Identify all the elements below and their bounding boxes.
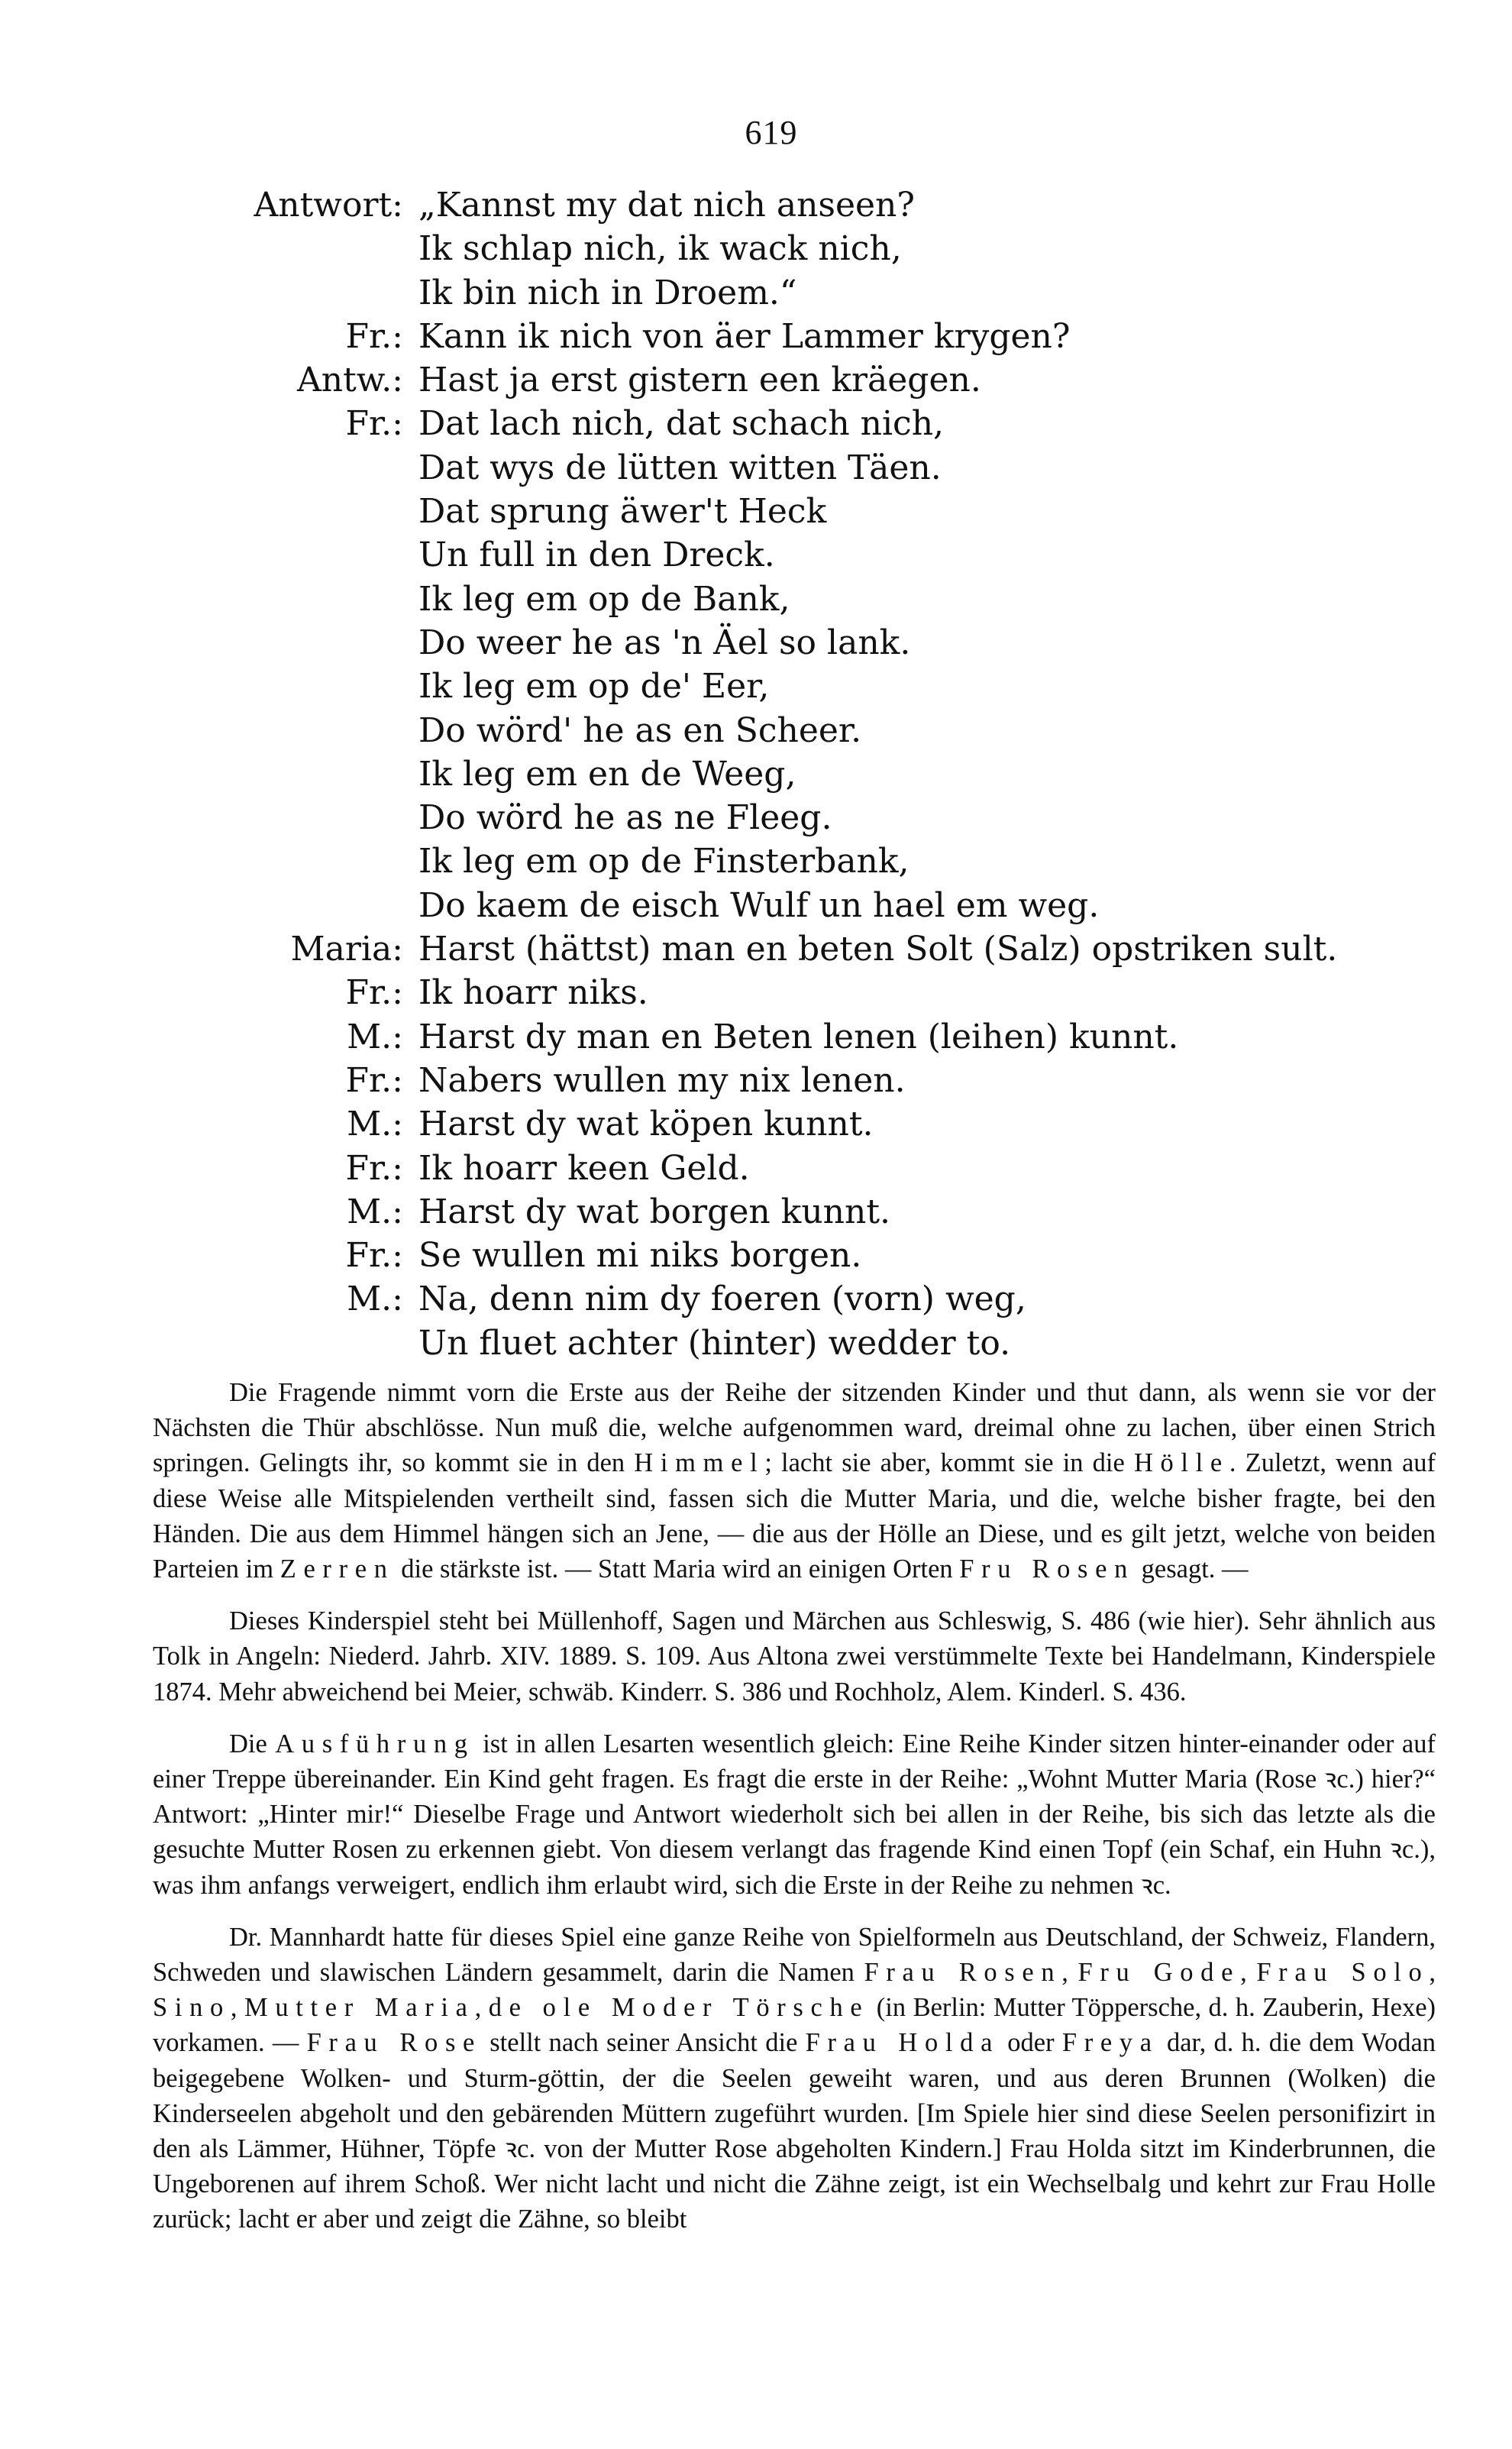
verse-line: Fr.:Kann ik nich von äer Lammer krygen? <box>0 315 1512 358</box>
emphasized-term: Freya <box>1062 2028 1159 2057</box>
verse-text: Hast ja erst gistern een kräegen. <box>418 358 981 402</box>
verse-text: Do wörd' he as en Scheer. <box>418 709 861 752</box>
emphasized-term: Frau Holda <box>806 2028 1000 2057</box>
text-run: stellt nach seiner Ansicht die <box>482 2028 806 2057</box>
verse-line: Antwort:„Kannst my dat nich anseen? <box>0 183 1512 227</box>
verse-line: M.:Harst dy man en Beten lenen (leihen) … <box>0 1015 1512 1059</box>
emphasized-term: Fru Rosen <box>959 1554 1135 1584</box>
verse-line: Do kaem de eisch Wulf un hael em weg. <box>0 884 1512 927</box>
verse-line: Ik bin nich in Droem.“ <box>0 271 1512 315</box>
verse-line: Ik leg em op de' Eer, <box>0 665 1512 708</box>
prose-body: Die Fragende nimmt vorn die Erste aus de… <box>153 1375 1436 2254</box>
verse-line: Fr.:Se wullen mi niks borgen. <box>0 1234 1512 1277</box>
emphasized-term: Himmel <box>634 1448 764 1477</box>
verse-text: Ik schlap nich, ik wack nich, <box>418 227 902 270</box>
text-run: die stärkste ist. — Statt Maria wird an … <box>395 1554 960 1584</box>
text-run: Dieses Kinderspiel steht bei Müllenhoff,… <box>153 1606 1436 1706</box>
paragraph: Die Fragende nimmt vorn die Erste aus de… <box>153 1375 1436 1587</box>
verse-text: Kann ik nich von äer Lammer krygen? <box>418 315 1070 358</box>
verse-line: Ik schlap nich, ik wack nich, <box>0 227 1512 270</box>
speaker-label: Fr.: <box>0 402 418 445</box>
verse-line: Fr.:Dat lach nich, dat schach nich, <box>0 402 1512 445</box>
text-run: , <box>475 1993 489 2022</box>
emphasized-term: Frau Rose <box>307 2028 482 2057</box>
verse-line: M.:Na, denn nim dy foeren (vorn) weg, <box>0 1277 1512 1321</box>
speaker-label: Antw.: <box>0 358 418 402</box>
verse-text: Harst dy wat köpen kunnt. <box>418 1102 873 1146</box>
verse-line: Do wörd' he as en Scheer. <box>0 709 1512 752</box>
speaker-label: Fr.: <box>0 315 418 358</box>
verse-line: Antw.:Hast ja erst gistern een kräegen. <box>0 358 1512 402</box>
verse-text: Ik bin nich in Droem.“ <box>418 271 796 315</box>
verse-line: Un full in den Dreck. <box>0 533 1512 577</box>
verse-line: Maria:Harst (hättst) man en beten Solt (… <box>0 927 1512 971</box>
verse-text: Ik leg em op de' Eer, <box>418 665 769 708</box>
verse-line: Ik leg em op de Finsterbank, <box>0 840 1512 883</box>
verse-text: Do kaem de eisch Wulf un hael em weg. <box>418 884 1099 927</box>
verse-text: Ik hoarr keen Geld. <box>418 1147 750 1190</box>
verse-text: Ik leg em op de Finsterbank, <box>418 840 909 883</box>
text-run: , <box>1240 1958 1256 1987</box>
emphasized-term: Fru Gode <box>1078 1958 1241 1987</box>
text-run: , <box>231 1993 244 2022</box>
verse-line: Un fluet achter (hinter) wedder to. <box>0 1322 1512 1365</box>
emphasized-term: de ole Moder Törsche <box>489 1993 870 2022</box>
verse-text: Dat wys de lütten witten Täen. <box>418 446 942 490</box>
verse-text: Harst dy wat borgen kunnt. <box>418 1190 890 1234</box>
speaker-label: Fr.: <box>0 1234 418 1277</box>
verse-text: Harst dy man en Beten lenen (leihen) kun… <box>418 1015 1178 1059</box>
text-run: Die <box>229 1729 275 1758</box>
speaker-label: M.: <box>0 1190 418 1234</box>
emphasized-term: Zerren <box>280 1554 395 1584</box>
emphasized-term: Mutter Maria <box>244 1993 475 2022</box>
verse-text: Nabers wullen my nix lenen. <box>418 1059 906 1102</box>
speaker-label: Fr.: <box>0 971 418 1014</box>
verse-text: Se wullen mi niks borgen. <box>418 1234 861 1277</box>
text-run: ; lacht sie aber, kommt sie in die <box>764 1448 1134 1477</box>
verse-line: M.:Harst dy wat borgen kunnt. <box>0 1190 1512 1234</box>
page-number: 619 <box>0 113 1512 152</box>
verse-line: Do weer he as 'n Äel so lank. <box>0 621 1512 665</box>
verse-text: Un full in den Dreck. <box>418 533 775 577</box>
text-run: oder <box>1000 2028 1062 2057</box>
emphasized-term: Hölle <box>1134 1448 1229 1477</box>
verse-line: Fr.:Ik hoarr keen Geld. <box>0 1147 1512 1190</box>
speaker-label: Fr.: <box>0 1059 418 1102</box>
emphasized-term: Frau Rosen <box>864 1958 1062 1987</box>
emphasized-term: Frau Solo <box>1256 1958 1429 1987</box>
speaker-label: Maria: <box>0 927 418 971</box>
text-run: gesagt. — <box>1135 1554 1249 1584</box>
verse-text: Dat sprung äwer't Heck <box>418 490 826 533</box>
verse-text: Do weer he as 'n Äel so lank. <box>418 621 910 665</box>
paragraph: Die Ausführung ist in allen Lesarten wes… <box>153 1726 1436 1903</box>
verse-line: Fr.:Nabers wullen my nix lenen. <box>0 1059 1512 1102</box>
speaker-label: M.: <box>0 1102 418 1146</box>
verse-line: Ik leg em en de Weeg, <box>0 752 1512 796</box>
verse-text: Ik leg em op de Bank, <box>418 577 790 621</box>
paragraph: Dr. Mannhardt hatte für dieses Spiel ein… <box>153 1920 1436 2237</box>
verse-text: Harst (hättst) man en beten Solt (Salz) … <box>418 927 1337 971</box>
verse-text: Dat lach nich, dat schach nich, <box>418 402 944 445</box>
paragraph: Dieses Kinderspiel steht bei Müllenhoff,… <box>153 1603 1436 1710</box>
emphasized-term: Sino <box>153 1993 231 2022</box>
text-run: , <box>1061 1958 1077 1987</box>
dialogue-verse: Antwort:„Kannst my dat nich anseen?Ik sc… <box>0 183 1512 1365</box>
text-run: dar, d. h. die dem Wodan beigegebene Wol… <box>153 2028 1436 2234</box>
verse-text: „Kannst my dat nich anseen? <box>418 183 915 227</box>
verse-text: Ik leg em en de Weeg, <box>418 752 796 796</box>
speaker-label: Fr.: <box>0 1147 418 1190</box>
verse-line: M.:Harst dy wat köpen kunnt. <box>0 1102 1512 1146</box>
speaker-label: M.: <box>0 1015 418 1059</box>
verse-line: Do wörd he as ne Fleeg. <box>0 796 1512 840</box>
emphasized-term: Ausführung <box>275 1729 474 1758</box>
verse-text: Un fluet achter (hinter) wedder to. <box>418 1322 1010 1365</box>
verse-line: Ik leg em op de Bank, <box>0 577 1512 621</box>
verse-line: Fr.:Ik hoarr niks. <box>0 971 1512 1014</box>
verse-text: Ik hoarr niks. <box>418 971 648 1014</box>
verse-line: Dat sprung äwer't Heck <box>0 490 1512 533</box>
speaker-label: M.: <box>0 1277 418 1321</box>
speaker-label: Antwort: <box>0 183 418 227</box>
text-run: , <box>1429 1958 1436 1987</box>
verse-text: Do wörd he as ne Fleeg. <box>418 796 832 840</box>
verse-line: Dat wys de lütten witten Täen. <box>0 446 1512 490</box>
verse-text: Na, denn nim dy foeren (vorn) weg, <box>418 1277 1026 1321</box>
